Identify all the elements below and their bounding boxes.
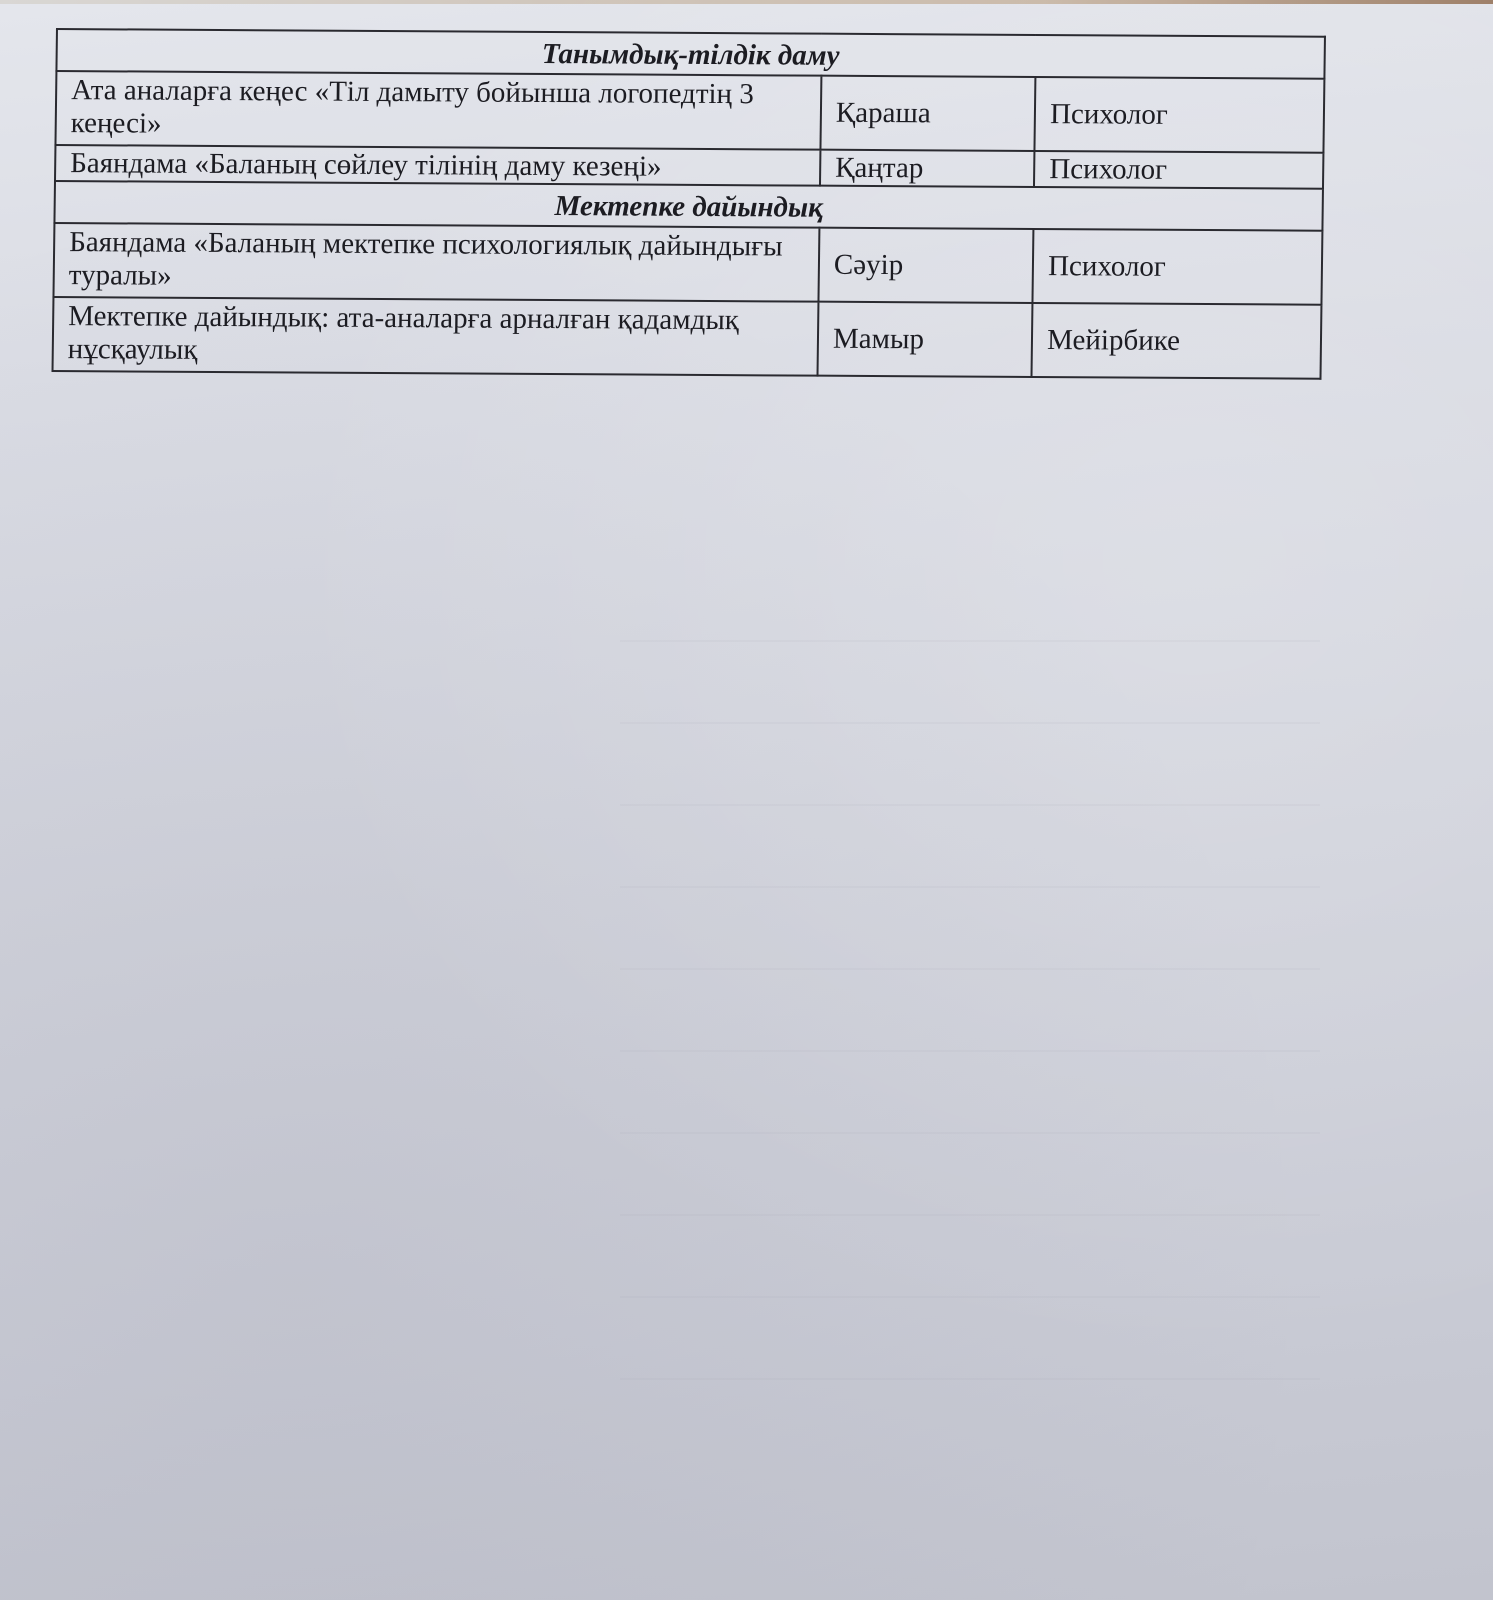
month-cell: Сәуір: [818, 228, 1033, 303]
month-cell: Қараша: [820, 76, 1035, 151]
table-row: Мектепке дайындық: ата-аналарға арналған…: [53, 297, 1322, 379]
responsible-cell: Психолог: [1035, 77, 1325, 153]
paper-bleed-through: [620, 640, 1320, 1440]
event-cell: Мектепке дайындық: ата-аналарға арналған…: [53, 297, 819, 376]
desk-edge: [0, 0, 1493, 4]
event-cell: Баяндама «Баланың мектепке психологиялық…: [53, 223, 819, 302]
responsible-cell: Мейірбике: [1032, 303, 1322, 379]
table-row: Баяндама «Баланың мектепке психологиялық…: [53, 223, 1322, 305]
plan-table: Танымдық-тілдік даму Ата аналарға кеңес …: [51, 28, 1325, 380]
event-cell: Ата аналарға кеңес «Тіл дамыту бойынша л…: [55, 71, 821, 150]
month-cell: Қаңтар: [820, 150, 1035, 187]
table-row: Ата аналарға кеңес «Тіл дамыту бойынша л…: [55, 71, 1324, 153]
responsible-cell: Психолог: [1033, 229, 1323, 305]
month-cell: Мамыр: [817, 302, 1032, 377]
event-cell: Баяндама «Баланың сөйлеу тілінің даму ке…: [55, 145, 820, 186]
responsible-cell: Психолог: [1034, 151, 1323, 189]
